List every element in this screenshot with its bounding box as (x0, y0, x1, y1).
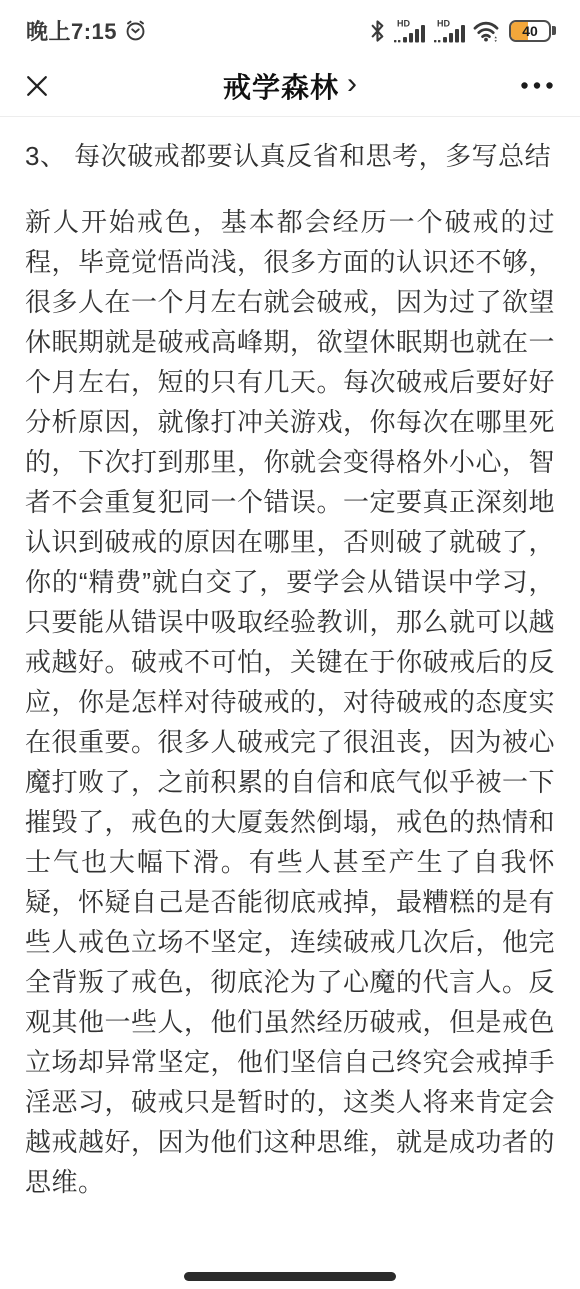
status-left: 晚上7:15 (26, 15, 147, 46)
phone-screen: 晚上7:15 HD (0, 0, 580, 1289)
nav-title-wrap: 戒学森林 › (0, 55, 580, 116)
status-bar: 晚上7:15 HD (0, 0, 580, 55)
cellular-signal-icon-1: HD (393, 18, 425, 44)
article-body: 3、 每次破戒都要认真反省和思考，多写总结 新人开始戒色，基本都会经历一个破戒的… (0, 117, 580, 1202)
article-paragraph: 新人开始戒色，基本都会经历一个破戒的过程，毕竟觉悟尚浅，很多方面的认识还不够，很… (25, 202, 555, 1202)
battery-nub (552, 26, 556, 35)
status-time: 晚上7:15 (26, 15, 117, 46)
section-heading: 3、 每次破戒都要认真反省和思考，多写总结 (25, 136, 555, 176)
hd-badge: HD (397, 18, 410, 28)
battery-percent: 40 (511, 22, 549, 40)
cellular-signal-icon-2: HD (433, 18, 465, 44)
bluetooth-icon (370, 19, 385, 43)
alarm-clock-icon (124, 19, 147, 42)
page-title: 戒学森林 (223, 66, 339, 106)
battery-body: 40 (509, 20, 551, 42)
status-right: HD HD (370, 18, 556, 44)
nav-bar: 戒学森林 › (0, 55, 580, 117)
wifi-icon (473, 19, 501, 43)
more-menu-button[interactable] (518, 75, 556, 96)
hd-badge: HD (437, 18, 450, 28)
close-button[interactable] (24, 73, 50, 99)
home-indicator-bar[interactable] (184, 1272, 396, 1281)
chevron-right-icon: › (347, 69, 357, 99)
battery-icon: 40 (509, 20, 556, 42)
account-title-button[interactable]: 戒学森林 › (223, 66, 357, 106)
